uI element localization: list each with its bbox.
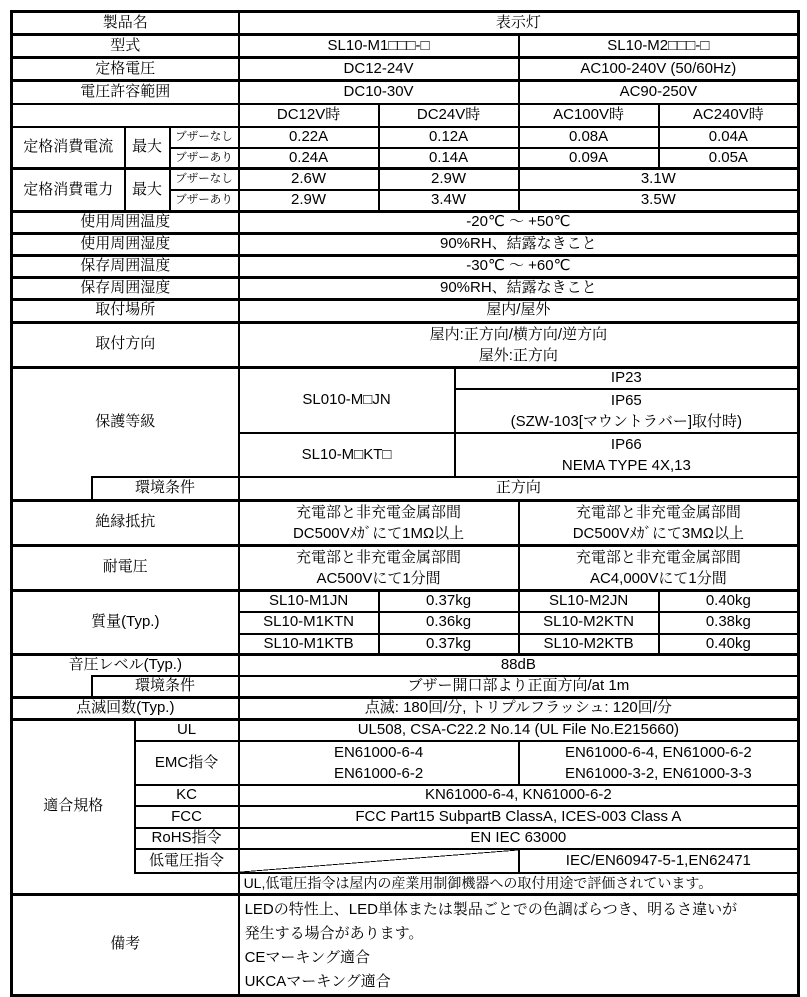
protection-label: 保護等級 (12, 367, 239, 477)
mass-dc-weight: 0.37kg (379, 590, 519, 611)
standards-emc-dc-line1: EN61000-6-4 (241, 742, 517, 763)
current-cond-buzzer: ブザーあり (170, 148, 239, 169)
spec-table: 製品名 表示灯 型式 SL10-M1□□□-□ SL10-M2□□□-□ 定格電… (10, 10, 800, 997)
voltage-range-dc: DC10-30V (239, 81, 519, 104)
row-sound-pressure: 音圧レベル(Typ.) 88dB (12, 655, 799, 676)
insulation-ac: 充電部と非充電金属部間 DC500Vﾒｶﾞにて3MΩ以上 (519, 500, 799, 545)
remarks-line: CEマーキング適合 (245, 946, 798, 970)
protection-ip23: IP23 (455, 367, 799, 389)
current-value: 0.22A (239, 127, 379, 148)
row-model: 型式 SL10-M1□□□-□ SL10-M2□□□-□ (12, 35, 799, 58)
col-header-dc24: DC24V時 (379, 104, 519, 127)
mass-ac-model: SL10-M2KTB (519, 634, 659, 655)
row-rated-voltage: 定格電圧 DC12-24V AC100-240V (50/60Hz) (12, 58, 799, 81)
insulation-dc-line1: 充電部と非充電金属部間 (241, 502, 517, 523)
mass-dc-weight: 0.37kg (379, 634, 519, 655)
withstand-voltage-dc: 充電部と非充電金属部間 AC500Vにて1分間 (239, 545, 519, 590)
power-value: 3.1W (519, 169, 799, 190)
col-header-dc12: DC12V時 (239, 104, 379, 127)
mounting-direction-label: 取付方向 (12, 322, 239, 367)
standards-ul-label: UL (135, 719, 239, 741)
model-label: 型式 (12, 35, 239, 58)
current-value: 0.12A (379, 127, 519, 148)
protection-ip65: IP65 (SZW-103[マウントラバー]取付時) (455, 389, 799, 433)
withstand-dc-line1: 充電部と非充電金属部間 (241, 547, 517, 568)
row-withstand-voltage: 耐電圧 充電部と非充電金属部間 AC500Vにて1分間 充電部と非充電金属部間 … (12, 545, 799, 590)
mass-ac-weight: 0.40kg (659, 634, 799, 655)
standards-emc-dc-line2: EN61000-6-2 (241, 763, 517, 784)
insulation-dc-line2: DC500Vﾒｶﾞにて1MΩ以上 (241, 523, 517, 544)
row-insulation: 絶縁抵抗 充電部と非充電金属部間 DC500Vﾒｶﾞにて1MΩ以上 充電部と非充… (12, 500, 799, 545)
protection-ip66-line2: NEMA TYPE 4X,13 (457, 455, 797, 476)
mass-ac-weight: 0.38kg (659, 612, 799, 634)
voltage-range-label: 電圧許容範囲 (12, 81, 239, 104)
standards-emc-dc: EN61000-6-4 EN61000-6-2 (239, 741, 519, 785)
withstand-ac-line1: 充電部と非充電金属部間 (521, 547, 797, 568)
row-product: 製品名 表示灯 (12, 12, 799, 35)
standards-note-spacer (135, 873, 239, 894)
storage-temp-value: -30℃ ～ +60℃ (239, 255, 799, 277)
current-value: 0.08A (519, 127, 659, 148)
row-mounting-place: 取付場所 屋内/屋外 (12, 299, 799, 322)
current-cond-no-buzzer: ブザーなし (170, 127, 239, 148)
current-value: 0.04A (659, 127, 799, 148)
protection-ip66: IP66 NEMA TYPE 4X,13 (455, 433, 799, 477)
mounting-place-label: 取付場所 (12, 299, 239, 322)
power-value: 2.9W (239, 190, 379, 211)
row-ambient-temp: 使用周囲温度 -20℃ ～ +50℃ (12, 211, 799, 233)
mounting-place-value: 屋内/屋外 (239, 299, 799, 322)
current-label: 定格消費電流 (12, 127, 125, 169)
mass-dc-weight: 0.36kg (379, 612, 519, 634)
standards-note: UL,低電圧指令は屋内の産業用制御機器への取付用途で評価されています。 (239, 873, 799, 894)
power-value: 3.4W (379, 190, 519, 211)
mass-dc-model: SL10-M1JN (239, 590, 379, 611)
power-cond-buzzer: ブザーあり (170, 190, 239, 211)
remarks-line: 発生する場合があります。 (245, 922, 798, 946)
lv-dc-na-diagonal-cell (239, 849, 519, 873)
row-storage-humidity: 保存周囲湿度 90%RH、結露なきこと (12, 277, 799, 299)
rated-voltage-label: 定格電圧 (12, 58, 239, 81)
row-mounting-direction: 取付方向 屋内:正方向/横方向/逆方向 屋外:正方向 (12, 322, 799, 367)
standards-emc-ac-line1: EN61000-6-4, EN61000-6-2 (521, 742, 797, 763)
row-standards-ul: 適合規格 UL UL508, CSA-C22.2 No.14 (UL File … (12, 719, 799, 741)
standards-emc-label: EMC指令 (135, 741, 239, 785)
row-flashing: 点滅回数(Typ.) 点滅: 180回/分, トリプルフラッシュ: 120回/分 (12, 697, 799, 719)
flashing-value: 点滅: 180回/分, トリプルフラッシュ: 120回/分 (239, 697, 799, 719)
mass-dc-model: SL10-M1KTN (239, 612, 379, 634)
product-label: 製品名 (12, 12, 239, 35)
sound-env-spacer (12, 676, 92, 697)
remarks-content: LEDの特性上、LED単体または製品ごとでの色調ばらつき、明るさ違いが 発生する… (239, 894, 799, 995)
insulation-ac-line1: 充電部と非充電金属部間 (521, 502, 797, 523)
mounting-direction-value: 屋内:正方向/横方向/逆方向 屋外:正方向 (239, 322, 799, 367)
row-ambient-humidity: 使用周囲湿度 90%RH、結露なきこと (12, 233, 799, 255)
withstand-ac-line2: AC4,000Vにて1分間 (521, 568, 797, 589)
model-dc: SL10-M1□□□-□ (239, 35, 519, 58)
insulation-dc: 充電部と非充電金属部間 DC500Vﾒｶﾞにて1MΩ以上 (239, 500, 519, 545)
power-value: 2.9W (379, 169, 519, 190)
storage-temp-label: 保存周囲温度 (12, 255, 239, 277)
model-ac: SL10-M2□□□-□ (519, 35, 799, 58)
row-power-no-buzzer: 定格消費電力 最大 ブザーなし 2.6W 2.9W 3.1W (12, 169, 799, 190)
insulation-ac-line2: DC500Vﾒｶﾞにて3MΩ以上 (521, 523, 797, 544)
withstand-voltage-ac: 充電部と非充電金属部間 AC4,000Vにて1分間 (519, 545, 799, 590)
standards-ul-value: UL508, CSA-C22.2 No.14 (UL File No.E2156… (239, 719, 799, 741)
current-value: 0.05A (659, 148, 799, 169)
mass-label: 質量(Typ.) (12, 590, 239, 655)
power-cond-no-buzzer: ブザーなし (170, 169, 239, 190)
sound-env-label: 環境条件 (92, 676, 239, 697)
row-current-no-buzzer: 定格消費電流 最大 ブザーなし 0.22A 0.12A 0.08A 0.04A (12, 127, 799, 148)
row-voltage-range: 電圧許容範囲 DC10-30V AC90-250V (12, 81, 799, 104)
insulation-label: 絶縁抵抗 (12, 500, 239, 545)
remarks-label: 備考 (12, 894, 239, 995)
sound-pressure-label: 音圧レベル(Typ.) (12, 655, 239, 676)
col-header-ac100: AC100V時 (519, 104, 659, 127)
row-col-headers: DC12V時 DC24V時 AC100V時 AC240V時 (12, 104, 799, 127)
protection-model2: SL10-M□KT□ (239, 433, 455, 477)
row-remarks: 備考 LEDの特性上、LED単体または製品ごとでの色調ばらつき、明るさ違いが 発… (12, 894, 799, 995)
sound-env-value: ブザー開口部より正面方向/at 1m (239, 676, 799, 697)
standards-fcc-label: FCC (135, 806, 239, 828)
product-value: 表示灯 (239, 12, 799, 35)
power-value: 3.5W (519, 190, 799, 211)
storage-humidity-value: 90%RH、結露なきこと (239, 277, 799, 299)
ambient-temp-label: 使用周囲温度 (12, 211, 239, 233)
standards-kc-value: KN61000-6-4, KN61000-6-2 (239, 785, 799, 806)
row-protection-env: 環境条件 正方向 (12, 477, 799, 500)
standards-lv-label: 低電圧指令 (135, 849, 239, 873)
mass-ac-weight: 0.40kg (659, 590, 799, 611)
rated-voltage-ac: AC100-240V (50/60Hz) (519, 58, 799, 81)
protection-env-label: 環境条件 (92, 477, 239, 500)
remarks-line: LEDの特性上、LED単体または製品ごとでの色調ばらつき、明るさ違いが (245, 898, 798, 922)
mass-dc-model: SL10-M1KTB (239, 634, 379, 655)
row-protection-ip23: 保護等級 SL010-M□JN IP23 (12, 367, 799, 389)
protection-env-value: 正方向 (239, 477, 799, 500)
power-label: 定格消費電力 (12, 169, 125, 212)
ambient-humidity-value: 90%RH、結露なきこと (239, 233, 799, 255)
current-value: 0.09A (519, 148, 659, 169)
protection-ip65-line1: IP65 (457, 390, 797, 411)
mass-ac-model: SL10-M2KTN (519, 612, 659, 634)
col-header-ac240: AC240V時 (659, 104, 799, 127)
mounting-direction-line1: 屋内:正方向/横方向/逆方向 (241, 324, 797, 345)
protection-ip65-line2: (SZW-103[マウントラバー]取付時) (457, 411, 797, 432)
protection-env-spacer (12, 477, 92, 500)
flashing-label: 点滅回数(Typ.) (12, 697, 239, 719)
ambient-temp-value: -20℃ ～ +50℃ (239, 211, 799, 233)
standards-kc-label: KC (135, 785, 239, 806)
standards-lv-ac-value: IEC/EN60947-5-1,EN62471 (519, 849, 799, 873)
standards-rohs-value: EN IEC 63000 (239, 828, 799, 849)
withstand-voltage-label: 耐電圧 (12, 545, 239, 590)
voltage-range-ac: AC90-250V (519, 81, 799, 104)
withstand-dc-line2: AC500Vにて1分間 (241, 568, 517, 589)
ambient-humidity-label: 使用周囲湿度 (12, 233, 239, 255)
power-max-label: 最大 (125, 169, 170, 212)
power-value: 2.6W (239, 169, 379, 190)
sound-pressure-value: 88dB (239, 655, 799, 676)
row-mass-1: 質量(Typ.) SL10-M1JN 0.37kg SL10-M2JN 0.40… (12, 590, 799, 611)
current-max-label: 最大 (125, 127, 170, 169)
standards-emc-ac-line2: EN61000-3-2, EN61000-3-3 (521, 763, 797, 784)
current-value: 0.14A (379, 148, 519, 169)
rated-voltage-dc: DC12-24V (239, 58, 519, 81)
standards-rohs-label: RoHS指令 (135, 828, 239, 849)
storage-humidity-label: 保存周囲湿度 (12, 277, 239, 299)
standards-label: 適合規格 (12, 719, 135, 894)
current-value: 0.24A (239, 148, 379, 169)
spec-sheet-page: { "accent_colors": {"border": "#000000",… (0, 0, 807, 995)
header-corner-cell (12, 104, 239, 127)
row-storage-temp: 保存周囲温度 -30℃ ～ +60℃ (12, 255, 799, 277)
protection-model1: SL010-M□JN (239, 367, 455, 433)
protection-ip66-line1: IP66 (457, 434, 797, 455)
mounting-direction-line2: 屋外:正方向 (241, 345, 797, 366)
standards-emc-ac: EN61000-6-4, EN61000-6-2 EN61000-3-2, EN… (519, 741, 799, 785)
mass-ac-model: SL10-M2JN (519, 590, 659, 611)
remarks-line: UKCAマーキング適合 (245, 970, 798, 994)
row-sound-env: 環境条件 ブザー開口部より正面方向/at 1m (12, 676, 799, 697)
standards-fcc-value: FCC Part15 SubpartB ClassA, ICES-003 Cla… (239, 806, 799, 828)
